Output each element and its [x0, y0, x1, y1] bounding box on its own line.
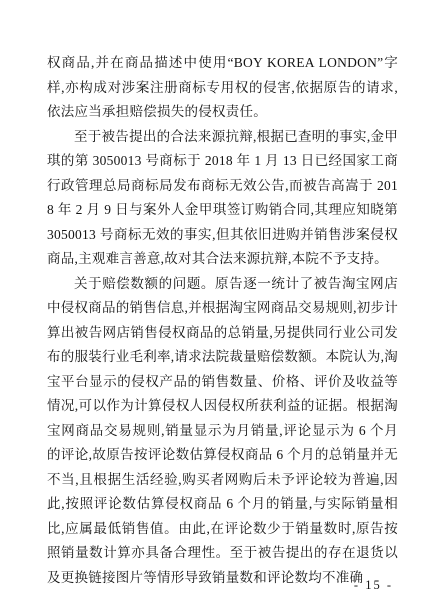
paragraph-compensation-amount: 关于赔偿数额的问题。原告逐一统计了被告淘宝网店中侵权商品的销售信息,并根据淘宝网…: [47, 272, 398, 591]
page-number: - 15 -: [354, 578, 393, 593]
paragraph-continuation: 权商品,并在商品描述中使用“BOY KOREA LONDON”字样,亦构成对涉案…: [47, 51, 398, 125]
document-page: 权商品,并在商品描述中使用“BOY KOREA LONDON”字样,亦构成对涉案…: [0, 0, 444, 605]
paragraph-legal-source-defense: 至于被告提出的合法来源抗辩,根据已查明的事实,金甲琪的第 3050013 号商标…: [47, 125, 398, 272]
document-body: 权商品,并在商品描述中使用“BOY KOREA LONDON”字样,亦构成对涉案…: [47, 51, 398, 590]
